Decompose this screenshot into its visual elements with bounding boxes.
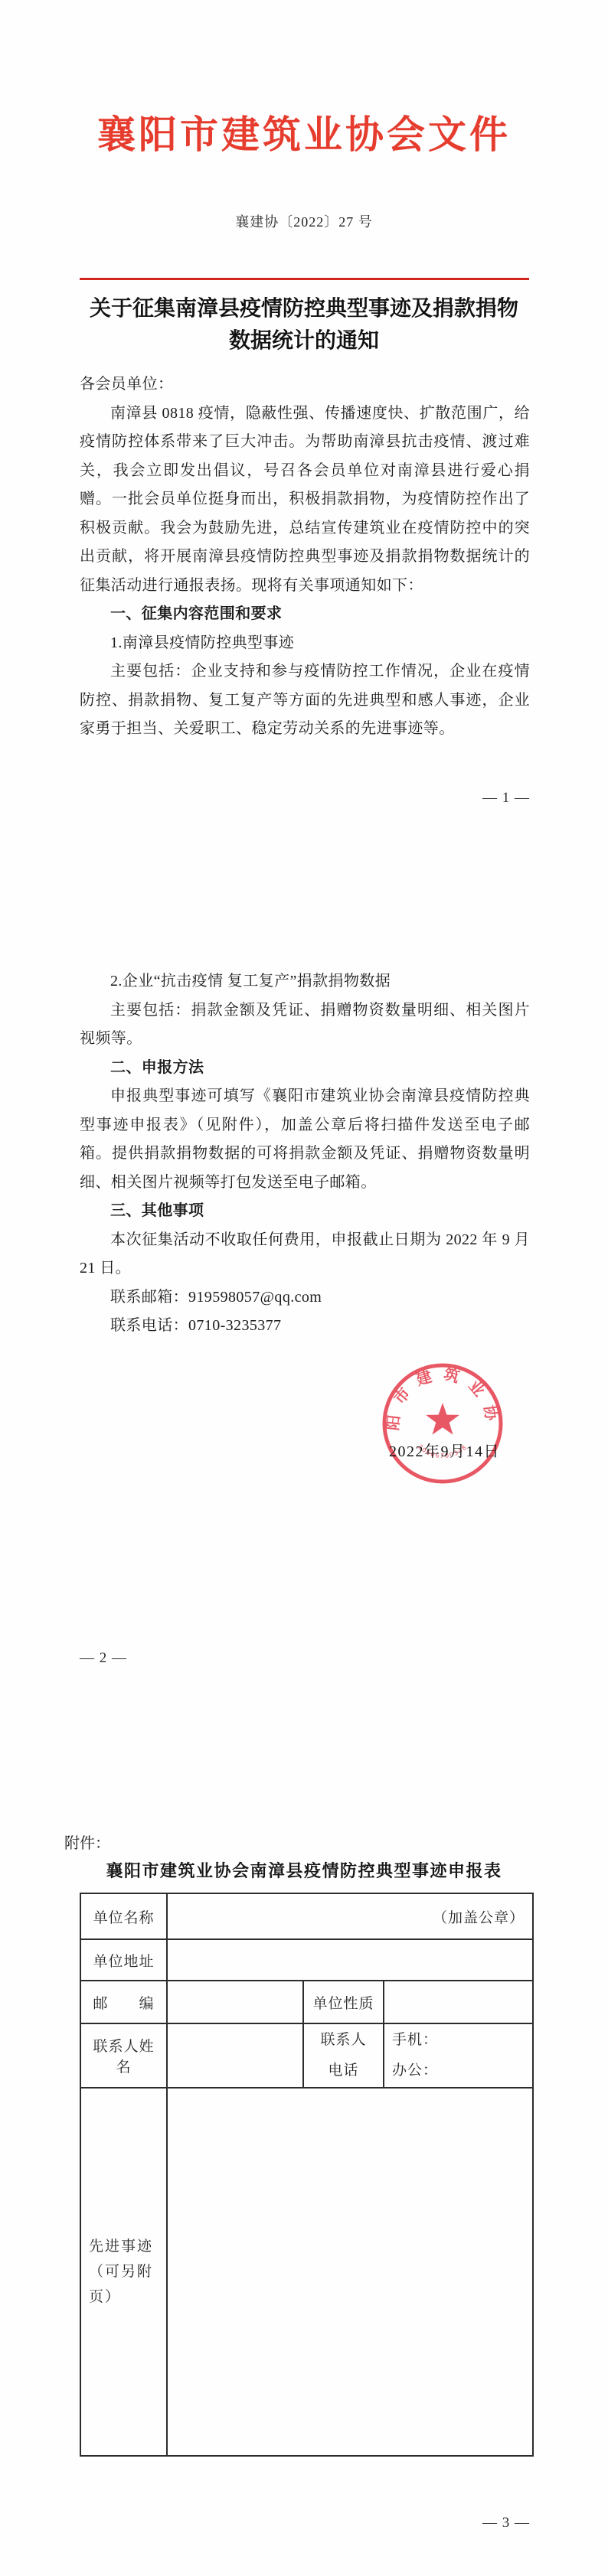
- contact-phone-label-line1: 联系人: [312, 2025, 375, 2056]
- deeds-label: 先进事迹 （可另附 页）: [80, 2088, 167, 2456]
- unit-type-value-cell: [384, 1981, 533, 2023]
- page3-footer: — 3 —: [80, 2515, 530, 2532]
- deeds-label-line2: （可另附: [89, 2259, 159, 2284]
- section3-heading: 三、其他事项: [80, 1197, 530, 1226]
- notice-title: 关于征集南漳县疫情防控典型事迹及捐款捐物 数据统计的通知: [46, 293, 562, 357]
- item2-title: 2.企业“抗击疫情 复工复产”捐款捐物数据: [80, 967, 530, 996]
- contact-name-value-cell: [167, 2023, 303, 2088]
- unit-name-value-cell: （加盖公章）: [167, 1893, 533, 1939]
- table-row-unit-address: 单位地址: [80, 1939, 533, 1981]
- unit-name-label: 单位名称: [80, 1893, 167, 1939]
- doc-number: 襄建协〔2022〕27 号: [0, 211, 608, 231]
- deeds-label-line3: 页）: [89, 2284, 159, 2310]
- section2-heading: 二、申报方法: [80, 1054, 530, 1083]
- attachment-table-title: 襄阳市建筑业协会南漳县疫情防控典型事迹申报表: [0, 1858, 608, 1882]
- table-row-contact: 联系人姓名 联系人 电话 手机： 办公：: [80, 2023, 533, 2088]
- red-divider-line: [80, 278, 529, 280]
- section1-heading: 一、征集内容范围和要求: [80, 600, 530, 629]
- notice-title-line1: 关于征集南漳县疫情防控典型事迹及捐款捐物: [46, 293, 562, 325]
- section3-paragraph: 本次征集活动不收取任何费用，申报截止日期为 2022 年 9 月 21 日。: [80, 1226, 530, 1283]
- unit-address-label: 单位地址: [80, 1939, 167, 1981]
- contact-phone-label: 联系人 电话: [303, 2023, 384, 2088]
- contact-email-line: 联系邮箱：919598057@qq.com: [80, 1283, 530, 1312]
- page1-footer: — 1 —: [80, 790, 530, 807]
- table-row-deeds: 先进事迹 （可另附 页）: [80, 2088, 533, 2456]
- page2-body: 2.企业“抗击疫情 复工复产”捐款捐物数据 主要包括：捐款金额及凭证、捐赠物资数…: [80, 967, 530, 1341]
- deeds-label-line1: 先进事迹: [89, 2234, 159, 2259]
- notice-title-line2: 数据统计的通知: [46, 325, 562, 357]
- postcode-label: 邮 编: [80, 1981, 167, 2023]
- contact-phone-label-line2: 电话: [312, 2056, 375, 2086]
- postcode-value-cell: [167, 1981, 303, 2023]
- office-label: 办公：: [392, 2056, 525, 2086]
- contact-name-label: 联系人姓名: [80, 2023, 167, 2088]
- table-row-postcode-type: 邮 编 单位性质: [80, 1981, 533, 2023]
- page1-body: 各会员单位： 南漳县 0818 疫情，隐蔽性强、传播速度快、扩散范围广，给疫情防…: [80, 370, 530, 744]
- signature-date: 2022年9月14日: [389, 1439, 500, 1461]
- salutation: 各会员单位：: [80, 370, 530, 399]
- mobile-label: 手机：: [392, 2025, 525, 2056]
- item1-desc: 主要包括：企业支持和参与疫情防控工作情况，企业在疫情防控、捐款捐物、复工复产等方…: [80, 657, 530, 744]
- document-page: 襄阳市建筑业协会文件 襄建协〔2022〕27 号 关于征集南漳县疫情防控典型事迹…: [0, 0, 608, 2576]
- item2-desc: 主要包括：捐款金额及凭证、捐赠物资数量明细、相关图片视频等。: [80, 996, 530, 1054]
- intro-paragraph: 南漳县 0818 疫情，隐蔽性强、传播速度快、扩散范围广，给疫情防控体系带来了巨…: [80, 399, 530, 601]
- table-row-unit-name: 单位名称 （加盖公章）: [80, 1893, 533, 1939]
- unit-type-label: 单位性质: [303, 1981, 384, 2023]
- unit-address-value-cell: [167, 1939, 533, 1981]
- item1-title: 1.南漳县疫情防控典型事迹: [80, 629, 530, 658]
- deeds-value-cell: [167, 2088, 533, 2456]
- contact-phone-value-cell: 手机： 办公：: [384, 2023, 533, 2088]
- section2-paragraph: 申报典型事迹可填写《襄阳市建筑业协会南漳县疫情防控典型事迹申报表》（见附件），加…: [80, 1082, 530, 1197]
- contact-phone-line: 联系电话：0710-3235377: [80, 1312, 530, 1341]
- application-form-table: 单位名称 （加盖公章） 单位地址 邮 编 单位性质 联系人姓名 联系人 电话 手…: [80, 1893, 534, 2457]
- org-header-title: 襄阳市建筑业协会文件: [0, 104, 608, 159]
- attachment-label: 附件：: [64, 1831, 110, 1853]
- page2-footer: — 2 —: [80, 1650, 530, 1667]
- seal-star-icon: [426, 1403, 459, 1435]
- official-seal-stamp: 襄阳市建筑业协会 4206067003482: [378, 1359, 507, 1488]
